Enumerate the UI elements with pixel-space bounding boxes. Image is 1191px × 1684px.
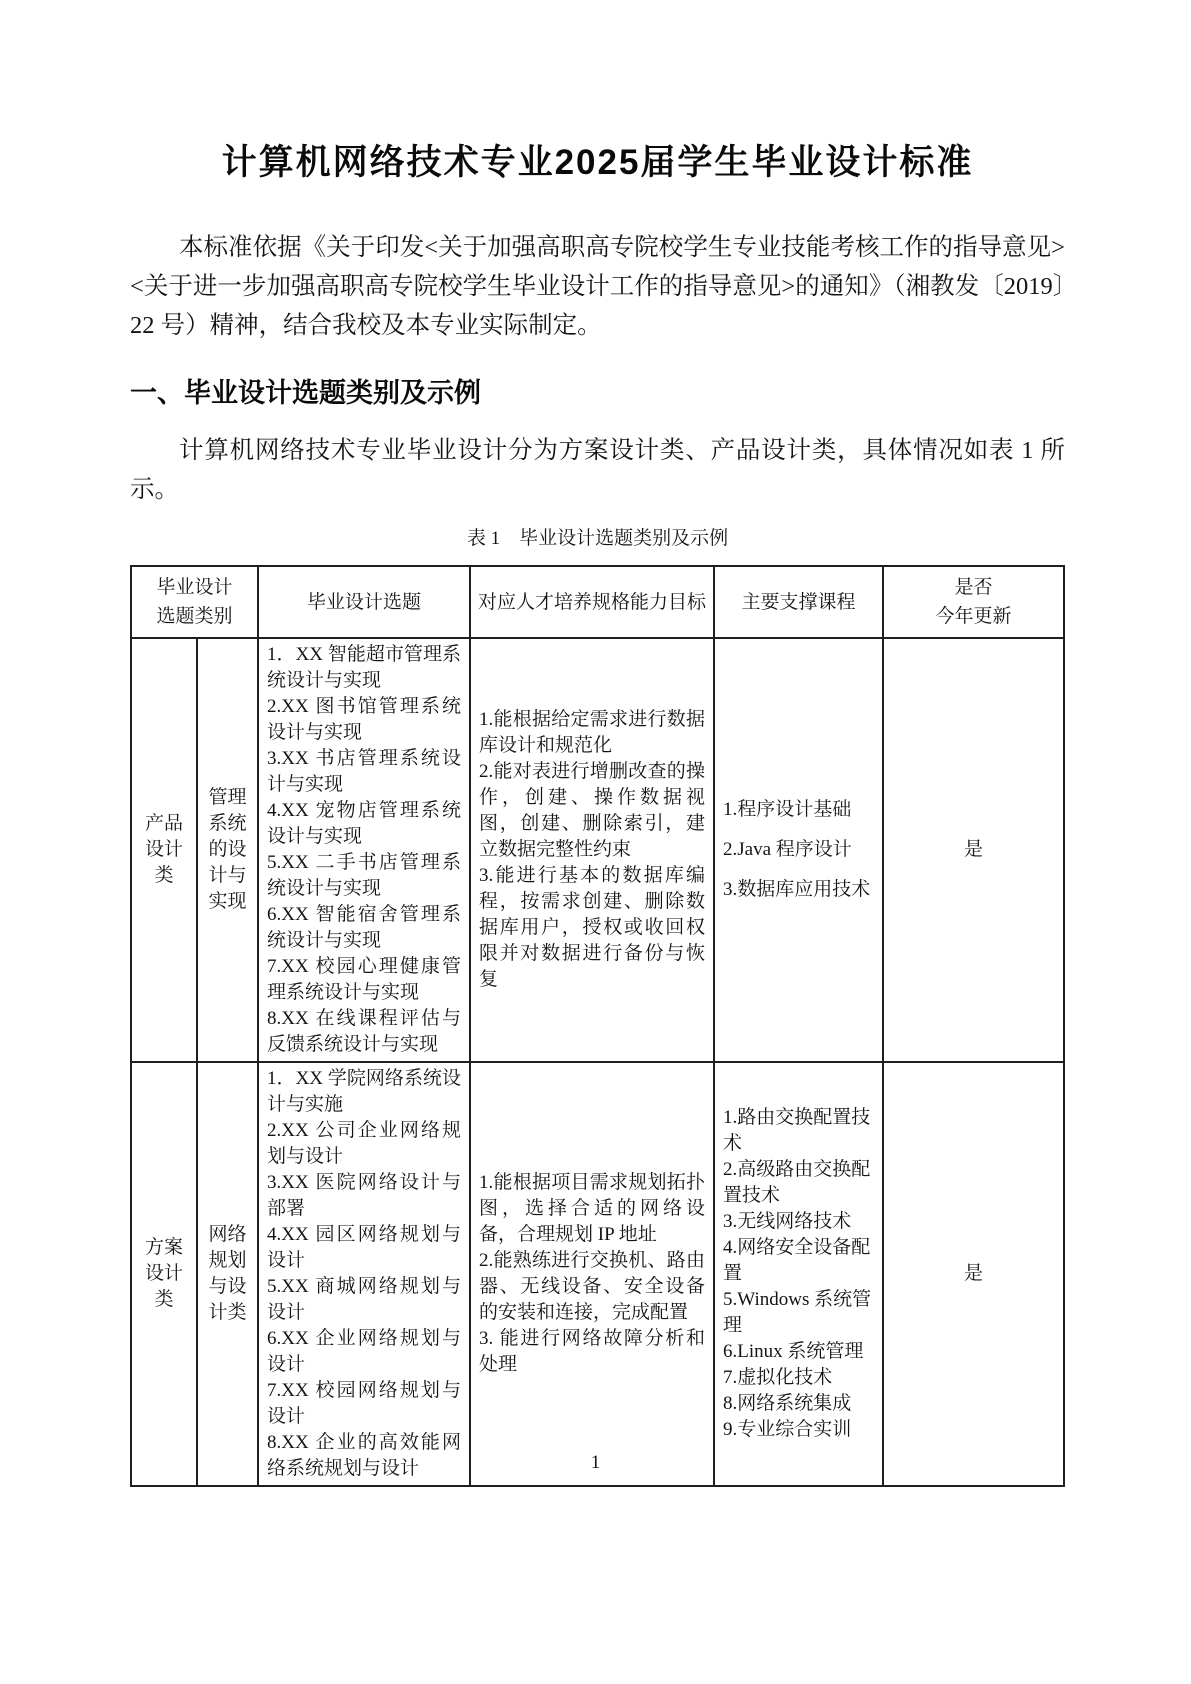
cell-updated: 是 [883,638,1064,1062]
cell-topics: 1．XX 学院网络系统设计与实施 2.XX 公司企业网络规划与设计 3.XX 医… [258,1062,470,1486]
cell-updated: 是 [883,1062,1064,1486]
header-category: 毕业设计 选题类别 [131,566,258,638]
content-area: 计算机网络技术专业2025届学生毕业设计标准 本标准依据《关于印发<关于加强高职… [130,0,1065,1487]
table-row-product-design: 产品设计类 管理系统的设计与实现 1．XX 智能超市管理系统设计与实现 2.XX… [131,638,1064,1062]
cell-goals: 1.能根据给定需求进行数据库设计和规范化 2.能对表进行增删改查的操作，创建、操… [470,638,714,1062]
cell-courses: 1.程序设计基础 2.Java 程序设计 3.数据库应用技术 [714,638,883,1062]
cell-category: 产品设计类 [131,638,197,1062]
table-caption: 表 1 毕业设计选题类别及示例 [130,525,1065,553]
header-goals: 对应人才培养规格能力目标 [470,566,714,638]
cell-category: 方案设计类 [131,1062,197,1486]
cell-topics: 1．XX 智能超市管理系统设计与实现 2.XX 图书馆管理系统设计与实现 3.X… [258,638,470,1062]
intro-paragraph: 本标准依据《关于印发<关于加强高职高专院校学生专业技能考核工作的指导意见><关于… [130,228,1065,345]
header-courses: 主要支撑课程 [714,566,883,638]
cell-subcategory: 网络规划与设计类 [197,1062,258,1486]
cell-goals: 1.能根据项目需求规划拓扑图，选择合适的网络设备，合理规划 IP 地址 2.能熟… [470,1062,714,1486]
table-header-row: 毕业设计 选题类别 毕业设计选题 对应人才培养规格能力目标 主要支撑课程 是否 … [131,566,1064,638]
header-topics: 毕业设计选题 [258,566,470,638]
header-updated: 是否 今年更新 [883,566,1064,638]
document-page: 计算机网络技术专业2025届学生毕业设计标准 本标准依据《关于印发<关于加强高职… [0,0,1191,1684]
cell-courses: 1.路由交换配置技术 2.高级路由交换配置技术 3.无线网络技术 4.网络安全设… [714,1062,883,1486]
section-heading: 一、毕业设计选题类别及示例 [130,373,1065,413]
table-row-scheme-design: 方案设计类 网络规划与设计类 1．XX 学院网络系统设计与实施 2.XX 公司企… [131,1062,1064,1486]
page-number: 1 [0,1452,1191,1474]
section-intro-paragraph: 计算机网络技术专业毕业设计分为方案设计类、产品设计类，具体情况如表 1 所示。 [130,431,1065,509]
topics-table: 毕业设计 选题类别 毕业设计选题 对应人才培养规格能力目标 主要支撑课程 是否 … [130,565,1065,1487]
cell-subcategory: 管理系统的设计与实现 [197,638,258,1062]
page-title: 计算机网络技术专业2025届学生毕业设计标准 [130,140,1065,186]
